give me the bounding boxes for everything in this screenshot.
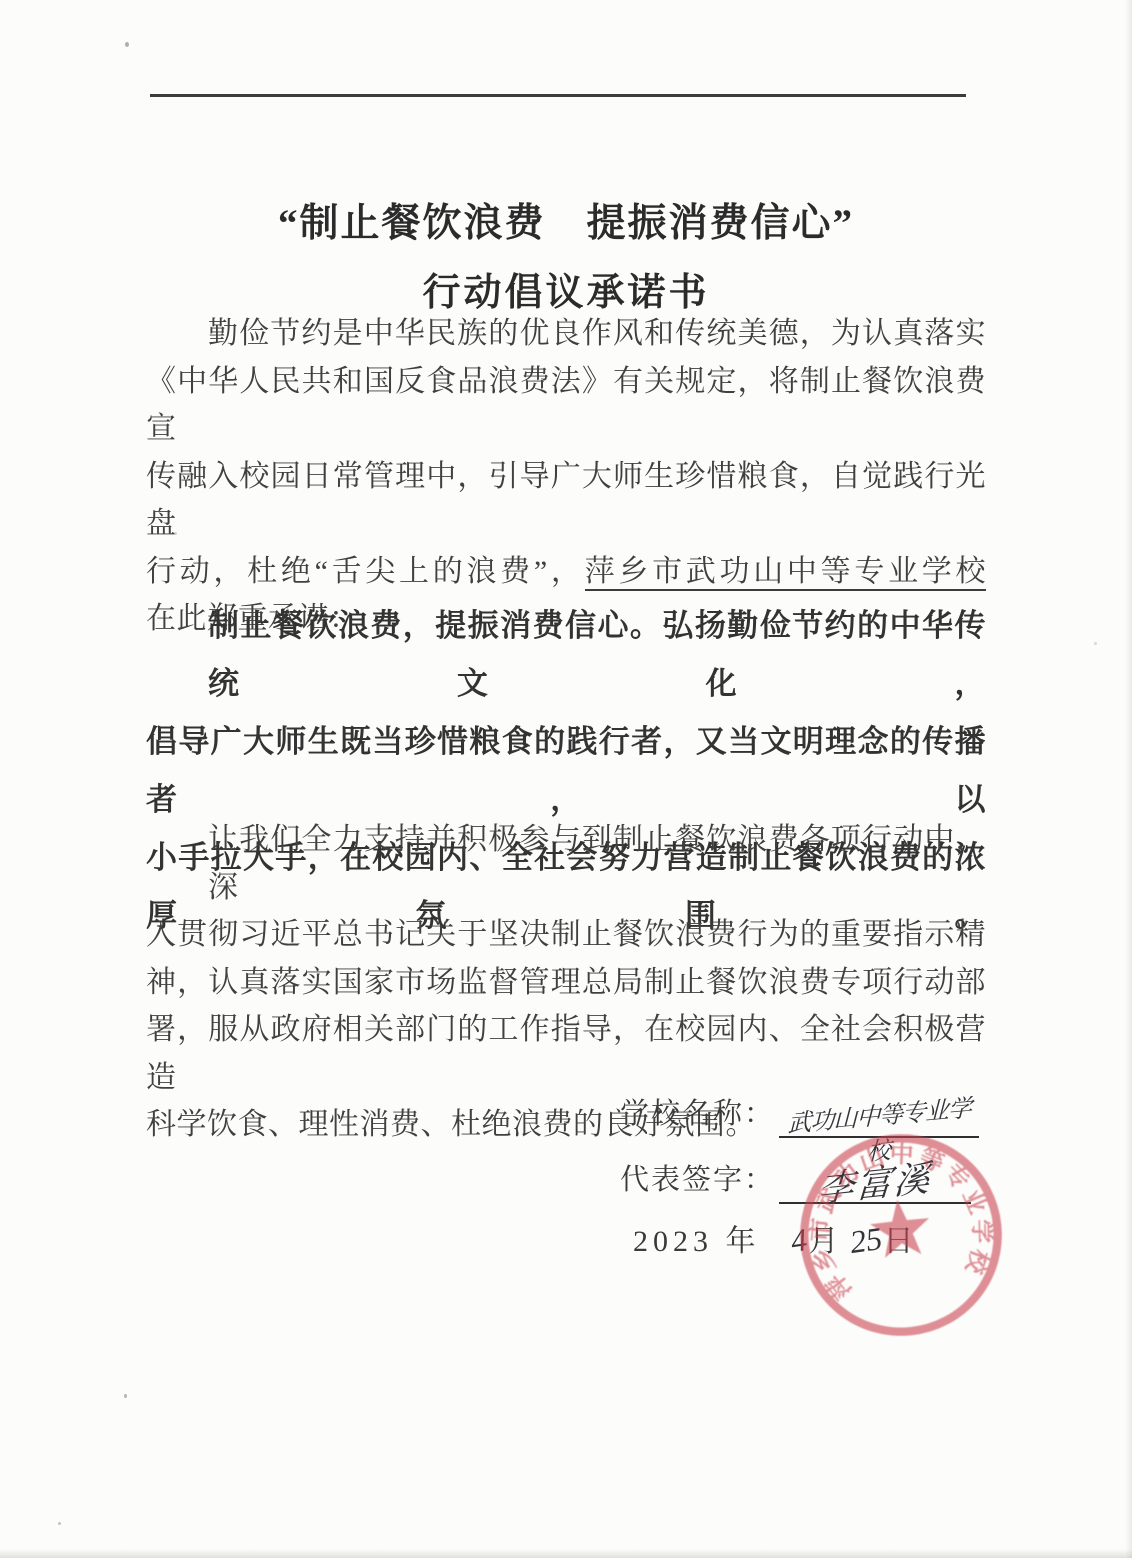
paragraph-line: 行动，杜绝“舌尖上的浪费”，萍乡市武功山中等专业学校 <box>146 548 986 596</box>
paragraph-line: 《中华人民共和国反食品浪费法》有关规定，将制止餐饮浪费宣 <box>146 358 986 453</box>
paragraph-line: 署，服从政府相关部门的工作指导，在校园内、全社会积极营造 <box>146 1006 986 1101</box>
scanned-document-page: “制止餐饮浪费 提振消费信心” 行动倡议承诺书 勤俭节约是中华民族的优良作风和传… <box>0 0 1132 1558</box>
scan-speck <box>174 532 177 535</box>
date-day-label: 日 <box>884 1216 919 1260</box>
representative-signature-handwriting: 李富溪 <box>817 1150 934 1214</box>
paragraph-line: 让我们全力支持并积极参与到制止餐饮浪费各项行动中，深 <box>146 816 986 911</box>
scan-speck <box>125 42 129 47</box>
document-title: “制止餐饮浪费 提振消费信心” 行动倡议承诺书 <box>0 192 1132 316</box>
date-month-label: 月 <box>809 1216 844 1260</box>
school-name-signature-line: 武功山中等专业学校 <box>779 1088 979 1138</box>
paragraph-intro: 勤俭节约是中华民族的优良作风和传统美德，为认真落实 《中华人民共和国反食品浪费法… <box>146 310 986 643</box>
paragraph-line: 倡导广大师生既当珍惜粮食的践行者，又当文明理念的传播者，以 <box>146 713 986 829</box>
paragraph-line: 神，认真落实国家市场监督管理总局制止餐饮浪费专项行动部 <box>146 959 986 1007</box>
line-text: 行动，杜绝“舌尖上的浪费”， <box>146 555 585 588</box>
paragraph-line: 勤俭节约是中华民族的优良作风和传统美德，为认真落实 <box>146 310 986 358</box>
paragraph-line: 传融入校园日常管理中，引导广大师生珍惜粮食，自觉践行光盘 <box>146 453 986 548</box>
scan-edge-bottom <box>0 1549 1132 1558</box>
school-name-underlined: 萍乡市武功山中等专业学校 <box>585 555 986 591</box>
school-name-row: 学校名称： 武功山中等专业学校 <box>620 1088 979 1138</box>
paragraph-line: 入贯彻习近平总书记关于坚决制止餐饮浪费行为的重要指示精 <box>146 911 986 959</box>
paragraph-line: 制止餐饮浪费，提振消费信心。弘扬勤俭节约的中华传统文化， <box>146 597 986 713</box>
scan-speck <box>58 1522 61 1525</box>
top-horizontal-rule <box>150 94 966 97</box>
scan-speck <box>1094 642 1097 645</box>
representative-signature-label: 代表签字： <box>620 1156 775 1204</box>
date-month-handwritten: 4 <box>788 1221 809 1260</box>
date-line: 2023 年 4 月 25 日 <box>633 1216 919 1260</box>
scan-edge-right <box>1125 0 1132 1558</box>
representative-signature-row: 代表签字： 李富溪 <box>620 1152 971 1204</box>
scan-speck <box>124 1394 127 1398</box>
title-line-2: 行动倡议承诺书 <box>0 261 1132 316</box>
representative-signature-line: 李富溪 <box>779 1152 971 1204</box>
date-year: 2023 年 <box>633 1216 761 1260</box>
title-line-1: “制止餐饮浪费 提振消费信心” <box>0 192 1132 248</box>
date-day-handwritten: 25 <box>847 1220 884 1261</box>
school-name-label: 学校名称： <box>620 1090 775 1138</box>
